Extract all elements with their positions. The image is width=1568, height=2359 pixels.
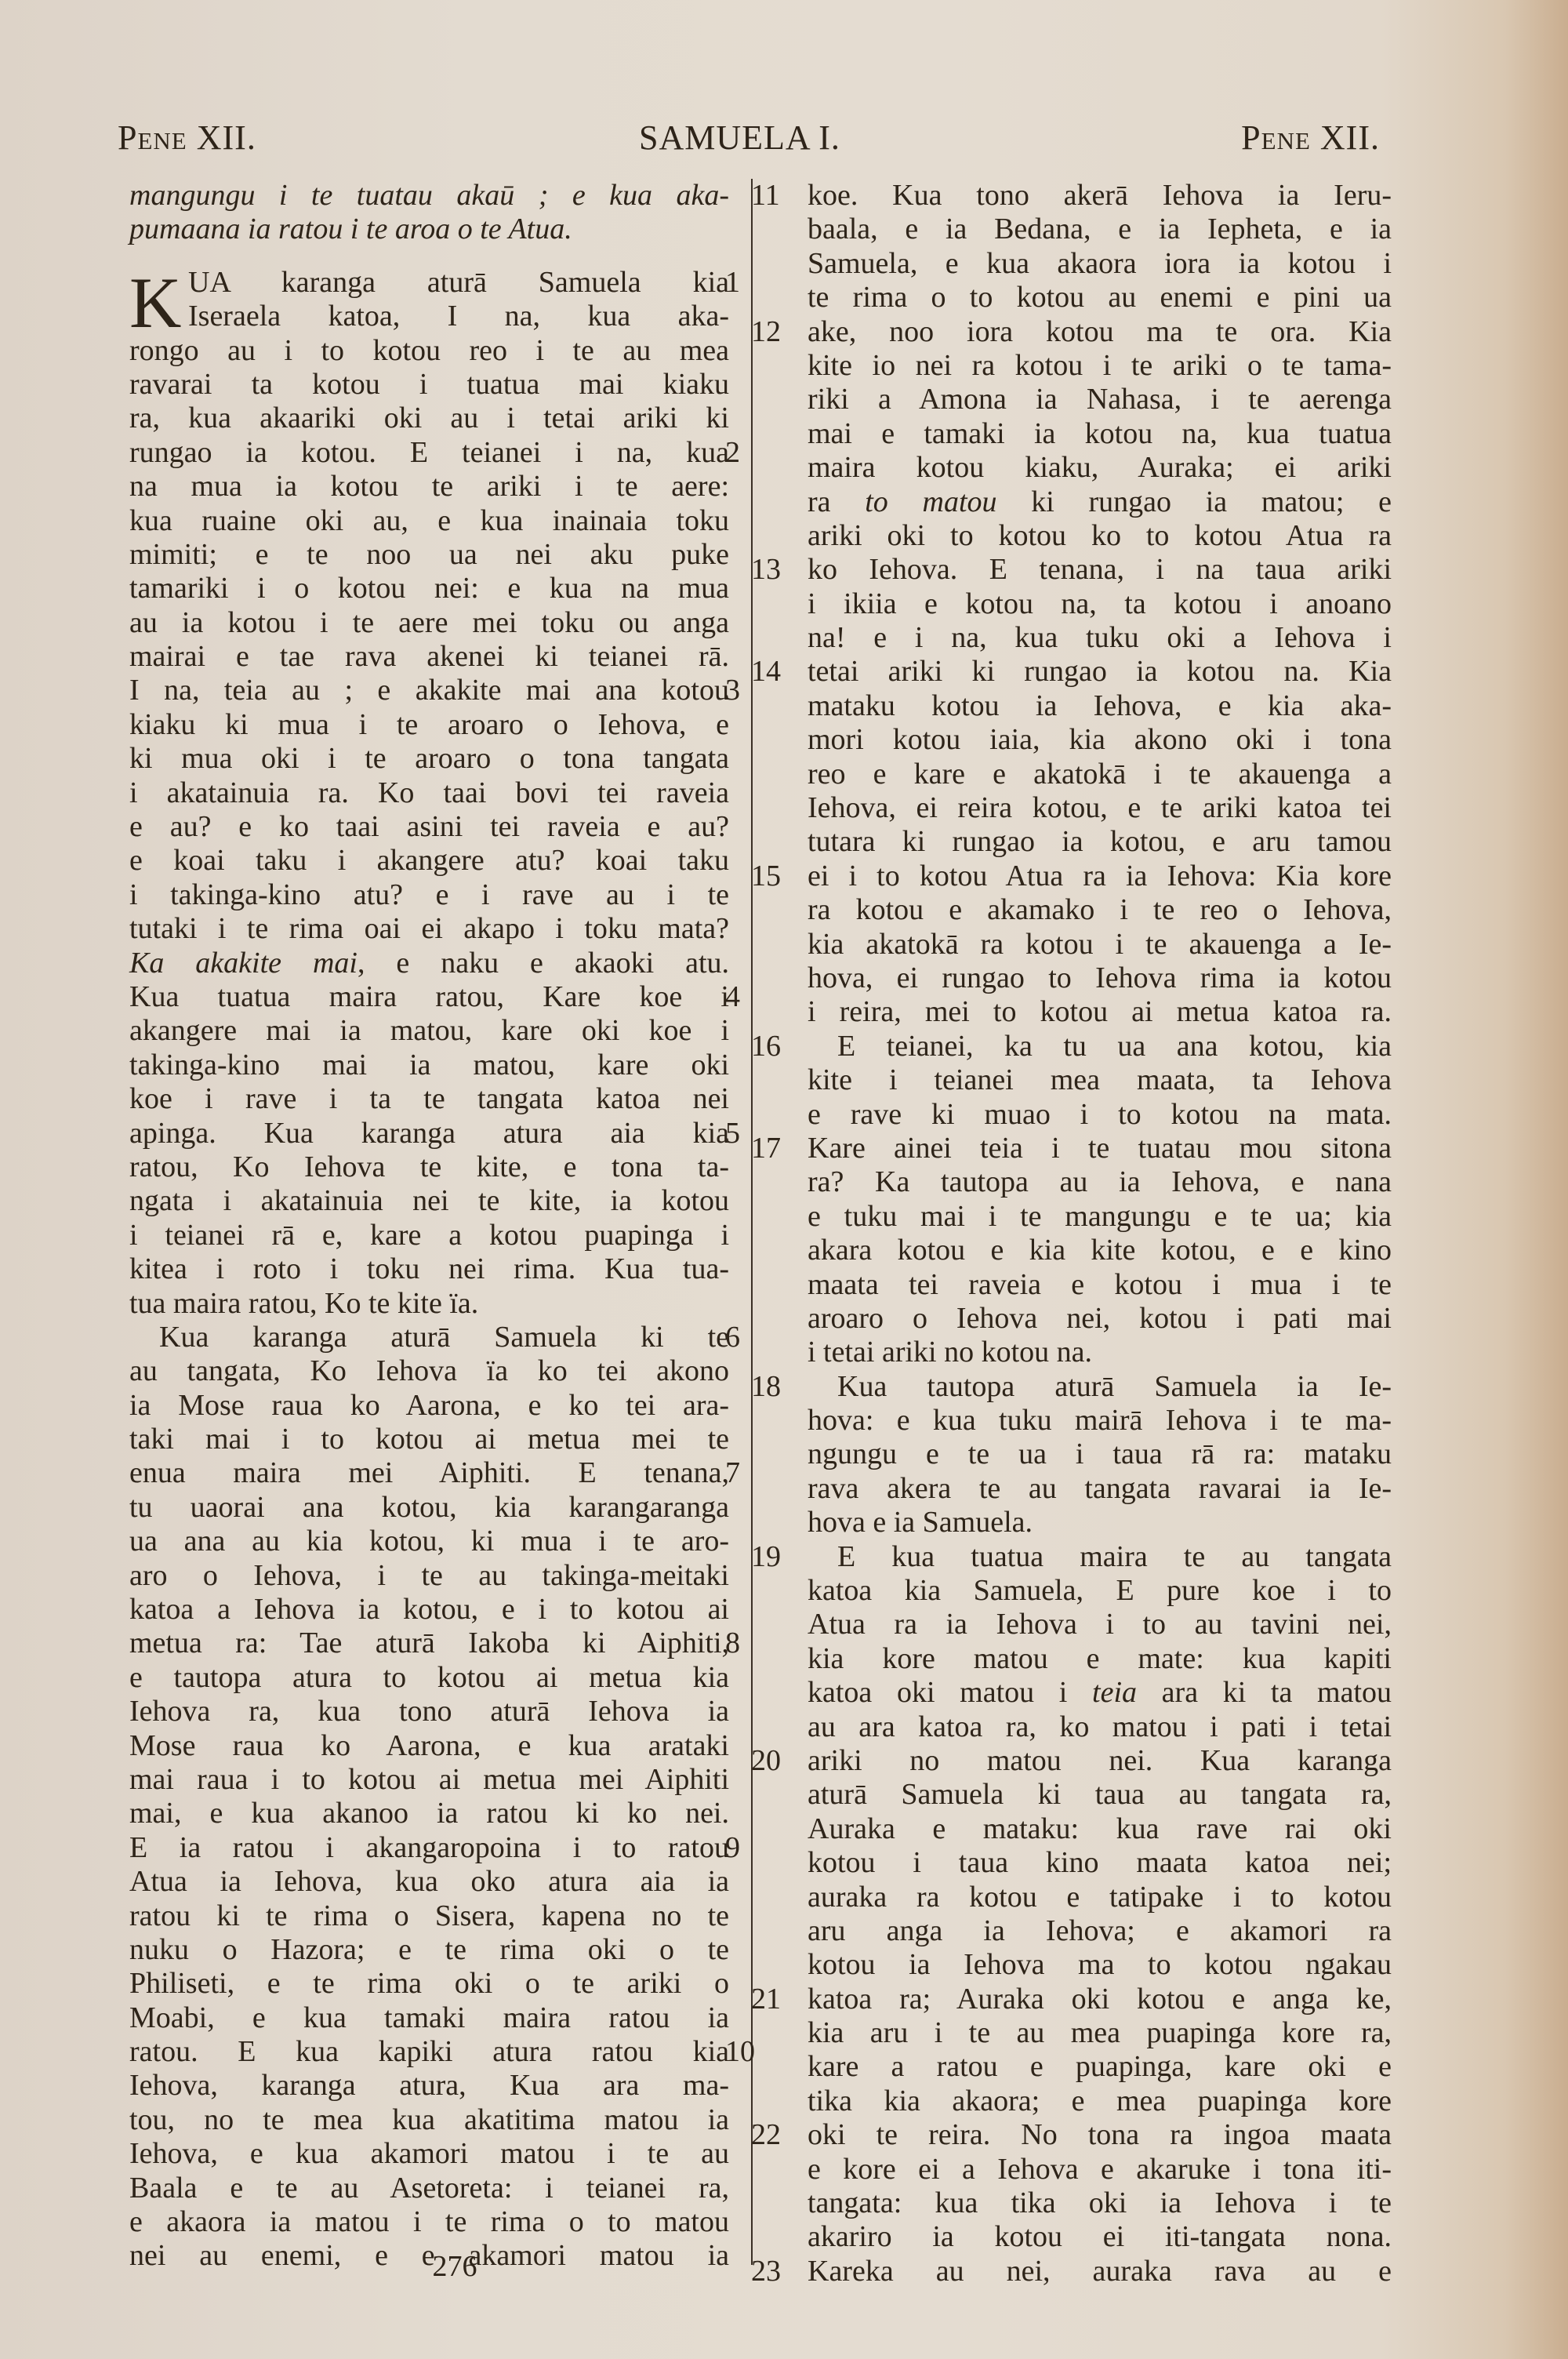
text-segment: kua ruaine oki au, e kua inainaia toku [129,504,729,537]
text-segment: kotou i taua kino maata katoa nei; [808,1846,1392,1879]
text-line: ra to matou ki rungao ia matou; e [808,485,1392,519]
text-segment: i reira, mei to kotou ai metua katoa ra. [808,995,1392,1028]
text-line: akariro ia kotou ei iti-tangata nona. [808,2220,1392,2254]
text-segment: ra, kua akaariki oki au i tetai ariki ki [129,402,729,434]
text-segment: tua maira ratou, Ko te kite ïa. [129,1287,478,1320]
text-line: ki mua oki i te aroaro o tona tangata [129,742,729,776]
text-segment: kare a ratou e puapinga, kare oki e [808,2050,1392,2083]
text-line: E kua tuatua maira te au tangata19 [808,1540,1392,1574]
text-line: ei i to kotou Atua ra ia Iehova: Kia kor… [808,860,1392,893]
text-line: kotou ia Iehova ma to kotou ngakau [808,1948,1392,1982]
spacer [129,247,729,266]
text-segment: Baala e te au Asetoreta: i teianei ra, [129,2172,729,2205]
text-line: I na, teia au ; e akakite mai ana kotou3 [129,674,729,707]
text-line: e au? e ko taai asini tei raveia e au? [129,810,729,844]
text-segment: ratou ki te rima o Sisera, kapena no te [129,1899,729,1932]
text-segment: tou, no te mea kua akatitima matou ia [129,2103,729,2136]
text-segment: mori kotou iaia, kia akono oki i tona [808,723,1392,756]
text-line: tamariki i o kotou nei: e kua na mua [129,572,729,605]
text-segment: rongo au i to kotou reo i te au mea [129,334,729,367]
text-line: te rima o to kotou au enemi e pini ua [808,281,1392,314]
text-line: E ia ratou i akangaropoina i to ratou9 [129,1831,729,1865]
text-line: kia akatokā ra kotou i te akauenga a Ie- [808,928,1392,961]
text-segment: koe. Kua tono akerā Iehova ia Ieru- [808,179,1392,212]
text-segment: tetai ariki ki rungao ia kotou na. Kia [808,655,1392,688]
text-line: ra kotou e akamako i te reo o Iehova, [808,893,1392,927]
text-segment: mai raua i to kotou ai metua mei Aiphiti [129,1763,729,1796]
text-segment: , e naku e akaoki atu. [358,947,729,980]
text-segment: E kua tuatua maira te au tangata [837,1540,1392,1573]
text-segment: ratou, Ko Iehova te kite, e tona ta- [129,1150,729,1183]
text-segment: i tetai ariki no kotou na. [808,1336,1092,1369]
text-line: ra, kua akaariki oki au i tetai ariki ki [129,402,729,435]
text-line: mori kotou iaia, kia akono oki i tona [808,723,1392,757]
text-line: mai raua i to kotou ai metua mei Aiphiti [129,1763,729,1797]
text-segment: Moabi, e kua tamaki maira ratou ia [129,2001,729,2034]
text-segment: rava akera te au tangata ravarai ia Ie- [808,1472,1392,1505]
text-segment: enua maira mei Aiphiti. E tenana, [129,1456,729,1489]
verse-number: 11 [751,179,798,213]
text-line: ratou, Ko Iehova te kite, e tona ta- [129,1150,729,1184]
text-segment: riki a Amona ia Nahasa, i te aerenga [808,383,1392,416]
text-line: Kua tuatua maira ratou, Kare koe i4 [129,980,729,1014]
verse-number: 13 [751,553,798,587]
text-line: hova e ia Samuela. [808,1506,1392,1539]
text-segment: aro o Iehova, i te au takinga-meitaki [129,1559,729,1592]
text-line: akara kotou e kia kite kotou, e e kino [808,1234,1392,1267]
text-segment: nuku o Hazora; e te rima oki o te [129,1933,729,1966]
italic-text: teia [1092,1676,1137,1709]
text-segment: Iehova ra, kua tono aturā Iehova ia [129,1695,729,1728]
text-segment: apinga. Kua karanga atura aia kia [129,1117,729,1150]
text-line: Kua karanga aturā Samuela ki te6 [129,1321,729,1354]
text-segment: kia aru i te au mea puapinga kore ra, [808,2016,1392,2049]
text-segment: i ikiia e kotou na, ta kotou i anoano [808,587,1392,620]
text-segment: e rave ki muao i to kotou na mata. [808,1098,1392,1131]
text-line: rungao ia kotou. E teianei i na, kua2 [129,436,729,470]
text-segment: auraka ra kotou e tatipake i to kotou [808,1881,1392,1914]
text-segment: ia Mose raua ko Aarona, e ko tei ara- [129,1389,729,1422]
text-segment: Philiseti, e te rima oki o te ariki o [129,1967,729,2000]
text-segment: Atua ia Iehova, kua oko atura aia ia [129,1865,729,1898]
text-line: e tuku mai i te mangungu e te ua; kia [808,1200,1392,1234]
text-segment: ara ki ta matou [1137,1676,1392,1709]
text-segment: katoa kia Samuela, E pure koe i to [808,1574,1392,1607]
text-segment: Iehova, karanga atura, Kua ara ma- [129,2069,729,2102]
text-line: tutaki i te rima oai ei akapo i toku mat… [129,912,729,946]
text-line: taki mai i to kotou ai metua mei te [129,1423,729,1456]
text-segment: Iehova, e kua akamori matou i te au [129,2137,729,2170]
text-line: metua ra: Tae aturā Iakoba ki Aiphiti,8 [129,1627,729,1660]
text-line: e koai taku i akangere atu? koai taku [129,844,729,878]
text-segment: ei i to kotou Atua ra ia Iehova: Kia kor… [808,860,1392,892]
text-line: i takinga-kino atu? e i rave au i te [129,878,729,912]
text-segment: na! e i na, kua tuku oki a Iehova i [808,621,1392,654]
text-line: i reira, mei to kotou ai metua katoa ra. [808,995,1392,1029]
text-line: Ka akakite mai, e naku e akaoki atu. [129,947,729,980]
text-segment: hova: e kua tuku mairā Iehova i te ma- [808,1404,1392,1437]
text-segment: Atua ra ia Iehova i to au tavini nei, [808,1608,1392,1641]
book-title: SAMUELA I. [639,118,840,158]
text-line: Atua ra ia Iehova i to au tavini nei, [808,1608,1392,1641]
text-segment: reo e kare e akatokā i te akauenga a [808,758,1392,791]
text-segment: e tuku mai i te mangungu e te ua; kia [808,1200,1392,1233]
text-line: Kua tautopa aturā Samuela ia Ie-18 [808,1370,1392,1404]
text-line: Mose raua ko Aarona, e kua arataki [129,1729,729,1763]
text-segment: tu uaorai ana kotou, kia karangaranga [129,1491,729,1524]
text-segment: i takinga-kino atu? e i rave au i te [129,878,729,911]
text-line: E teianei, ka tu ua ana kotou, kia16 [808,1030,1392,1063]
verse-number: 23 [751,2255,798,2288]
text-line: ua ana au kia kotou, ki mua i te aro- [129,1525,729,1558]
text-line: katoa a Iehova ia kotou, e i to kotou ai [129,1593,729,1627]
text-segment: ravarai ta kotou i tuatua mai kiaku [129,368,729,401]
text-line: Iehova, e kua akamori matou i te au [129,2137,729,2171]
text-segment: kitea i roto i toku nei rima. Kua tua- [129,1252,729,1285]
text-line: koe i rave i ta te tangata katoa nei [129,1082,729,1116]
text-segment: hova e ia Samuela. [808,1506,1033,1539]
text-segment: Kare ainei teia i te tuatau mou sitona [808,1132,1392,1165]
text-line: e akaora ia matou i te rima o to matou [129,2205,729,2239]
text-line: enua maira mei Aiphiti. E tenana,7 [129,1456,729,1490]
text-segment: tamariki i o kotou nei: e kua na mua [129,572,729,605]
italic-text: Ka akakite mai [129,947,358,980]
text-line: baala, e ia Bedana, e ia Iepheta, e ia [808,213,1392,246]
text-line: kia kore matou e mate: kua kapiti [808,1642,1392,1676]
text-segment: mataku kotou ia Iehova, e kia aka- [808,689,1392,722]
verse-number: 14 [751,655,798,689]
text-line: au ara katoa ra, ko matou i pati i tetai [808,1710,1392,1744]
text-segment: I na, teia au ; e akakite mai ana kotou [129,674,729,707]
text-segment: ra [808,485,865,518]
verse-number: 15 [751,860,798,893]
text-segment: kotou ia Iehova ma to kotou ngakau [808,1948,1392,1981]
text-segment: aroaro o Iehova nei, kotou i pati mai [808,1302,1392,1335]
verse-number: 20 [751,1744,798,1778]
column-divider [751,179,753,2265]
text-segment: Mose raua ko Aarona, e kua arataki [129,1729,729,1762]
text-segment: rungao ia kotou. E teianei i na, kua [129,436,729,469]
text-segment: ariki no matou nei. Kua karanga [808,1744,1392,1777]
verse-number: 21 [751,1983,798,2016]
text-segment: te rima o to kotou au enemi e pini ua [808,281,1392,314]
text-line: mairai e tae rava akenei ki teianei rā. [129,640,729,674]
verse-number: 16 [751,1030,798,1063]
text-segment: taki mai i to kotou ai metua mei te [129,1423,729,1456]
text-line: tua maira ratou, Ko te kite ïa. [129,1287,729,1321]
text-line: rongo au i to kotou reo i te au mea [129,334,729,368]
text-segment: akara kotou e kia kite kotou, e e kino [808,1234,1392,1267]
text-line: tou, no te mea kua akatitima matou ia [129,2103,729,2137]
verse-number: 19 [751,1540,798,1574]
text-line: ariki oki to kotou ko to kotou Atua ra [808,519,1392,553]
text-segment: kia akatokā ra kotou i te akauenga a Ie- [808,928,1392,961]
text-line: akangere mai ia matou, kare oki koe i [129,1014,729,1048]
text-line: ake, noo iora kotou ma te ora. Kia12 [808,315,1392,349]
text-line: kite i teianei mea maata, ta Iehova [808,1063,1392,1097]
left-column: mangungu i te tuatau akaū ; e kua aka- p… [129,179,729,2274]
text-line: na mua ia kotou te ariki i te aere: [129,470,729,503]
text-line: Iehova, karanga atura, Kua ara ma- [129,2069,729,2103]
text-segment: Iehova, ei reira kotou, e te ariki katoa… [808,791,1392,824]
text-line: mai e tamaki ia kotou na, kua tuatua [808,417,1392,451]
text-segment: ngata i akatainuia nei te kite, ia kotou [129,1184,729,1217]
text-line: reo e kare e akatokā i te akauenga a [808,758,1392,791]
text-line: mai, e kua akanoo ia ratou ki ko nei. [129,1797,729,1830]
text-line: ratou. E kua kapiki atura ratou kia10 [129,2035,729,2069]
left-text-lines: KUA karanga aturā Samuela kia1Iseraela k… [129,266,729,2274]
text-line: ko Iehova. E tenana, i na taua ariki13 [808,553,1392,587]
text-line: aturā Samuela ki taua au tangata ra, [808,1778,1392,1812]
text-line: e rave ki muao i to kotou na mata. [808,1098,1392,1132]
text-segment: kite i teianei mea maata, ta Iehova [808,1063,1392,1096]
text-line: maira kotou kiaku, Auraka; ei ariki [808,451,1392,485]
text-line: i teianei rā e, kare a kotou puapinga i [129,1219,729,1252]
text-segment: takinga-kino mai ia matou, kare oki [129,1049,729,1081]
text-segment: hova, ei rungao to Iehova rima ia kotou [808,961,1392,994]
text-line: maata tei raveia e kotou i mua i te [808,1268,1392,1302]
text-segment: aru anga ia Iehova; e akamori ra [808,1914,1392,1947]
text-line: apinga. Kua karanga atura aia kia5 [129,1117,729,1150]
verse-number: 2 [725,436,772,470]
text-segment: e au? e ko taai asini tei raveia e au? [129,810,729,843]
verse-number: 18 [751,1370,798,1404]
text-segment: maata tei raveia e kotou i mua i te [808,1268,1392,1301]
text-line: e tautopa atura to kotou ai metua kia [129,1661,729,1695]
text-line: i tetai ariki no kotou na. [808,1336,1392,1369]
text-segment: E ia ratou i akangaropoina i to ratou [129,1831,729,1864]
text-line: riki a Amona ia Nahasa, i te aerenga [808,383,1392,416]
text-line: koe. Kua tono akerā Iehova ia Ieru-11 [808,179,1392,213]
text-segment: E teianei, ka tu ua ana kotou, kia [837,1030,1392,1063]
text-segment: Iseraela katoa, I na, kua aka- [188,300,729,333]
text-line: ra? Ka tautopa au ia Iehova, e nana [808,1165,1392,1199]
text-segment: koe i rave i ta te tangata katoa nei [129,1082,729,1115]
text-segment: tangata: kua tika oki ia Iehova i te [808,2186,1392,2219]
text-segment: mimiti; e te noo ua nei aku puke [129,538,729,571]
text-line: KUA karanga aturā Samuela kia1 [129,266,729,300]
text-segment: mai e tamaki ia kotou na, kua tuatua [808,417,1392,450]
text-line: ariki no matou nei. Kua karanga20 [808,1744,1392,1778]
italic-text: to matou [865,485,996,518]
text-segment: tutara ki rungao ia kotou, e aru tamou [808,825,1392,858]
text-line: au tangata, Ko Iehova ïa ko tei akono [129,1354,729,1388]
text-line: mataku kotou ia Iehova, e kia aka- [808,689,1392,723]
text-line: ravarai ta kotou i tuatua mai kiaku [129,368,729,402]
text-segment: e tautopa atura to kotou ai metua kia [129,1661,729,1694]
text-line: kotou i taua kino maata katoa nei; [808,1846,1392,1880]
text-segment: au tangata, Ko Iehova ïa ko tei akono [129,1354,729,1387]
text-line: Iseraela katoa, I na, kua aka- [129,300,729,333]
verse-number: 6 [725,1321,772,1354]
text-line: ngata i akatainuia nei te kite, ia kotou [129,1184,729,1218]
text-segment: ki rungao ia matou; e [997,485,1392,518]
text-line: Iehova ra, kua tono aturā Iehova ia [129,1695,729,1728]
text-line: na! e i na, kua tuku oki a Iehova i [808,621,1392,655]
text-segment: Kareka au nei, auraka rava au e [808,2255,1392,2288]
text-segment: baala, e ia Bedana, e ia Iepheta, e ia [808,213,1392,245]
text-line: kitea i roto i toku nei rima. Kua tua- [129,1252,729,1286]
text-segment: Kua tuatua maira ratou, Kare koe i [129,980,729,1013]
text-line: Kare ainei teia i te tuatau mou sitona17 [808,1132,1392,1165]
right-column: koe. Kua tono akerā Iehova ia Ieru-11baa… [808,179,1392,2288]
text-line: kua ruaine oki au, e kua inainaia toku [129,504,729,538]
chapter-summary-line: mangungu i te tuatau akaū ; e kua aka- [129,179,729,213]
text-segment: e kore ei a Iehova e akaruke i tona iti- [808,2153,1392,2186]
text-line: katoa ra; Auraka oki kotou e anga ke,21 [808,1983,1392,2016]
text-line: auraka ra kotou e tatipake i to kotou [808,1881,1392,1914]
text-line: Atua ia Iehova, kua oko atura aia ia [129,1865,729,1899]
text-line: tangata: kua tika oki ia Iehova i te [808,2186,1392,2220]
text-segment: ko Iehova. E tenana, i na taua ariki [808,553,1392,586]
text-segment: ake, noo iora kotou ma te ora. Kia [808,315,1392,348]
text-line: mimiti; e te noo ua nei aku puke [129,538,729,572]
text-segment: UA karanga aturā Samuela kia [188,266,729,299]
text-segment: i teianei rā e, kare a kotou puapinga i [129,1219,729,1252]
verse-number: 17 [751,1132,798,1165]
text-line: ia Mose raua ko Aarona, e ko tei ara- [129,1389,729,1423]
text-line: e kore ei a Iehova e akaruke i tona iti- [808,2153,1392,2186]
text-segment: ua ana au kia kotou, ki mua i te aro- [129,1525,729,1558]
text-line: i ikiia e kotou na, ta kotou i anoano [808,587,1392,621]
text-line: kare a ratou e puapinga, kare oki e [808,2050,1392,2084]
text-line: tutara ki rungao ia kotou, e aru tamou [808,825,1392,859]
text-line: au ia kotou i te aere mei toku ou anga [129,606,729,640]
text-line: kiaku ki mua i te aroaro o Iehova, e [129,708,729,742]
text-line: Auraka e mataku: kua rave rai oki [808,1812,1392,1846]
text-line: tu uaorai ana kotou, kia karangaranga [129,1491,729,1525]
text-line: hova, ei rungao to Iehova rima ia kotou [808,961,1392,995]
text-segment: tika kia akaora; e mea puapinga kore [808,2085,1392,2117]
text-line: Philiseti, e te rima oki o te ariki o [129,1967,729,2001]
text-line: rava akera te au tangata ravarai ia Ie- [808,1472,1392,1506]
text-line: ngungu e te ua i taua rā ra: mataku [808,1438,1392,1471]
text-line: katoa kia Samuela, E pure koe i to [808,1574,1392,1608]
text-line: Iehova, ei reira kotou, e te ariki katoa… [808,791,1392,825]
text-line: ratou ki te rima o Sisera, kapena no te [129,1899,729,1933]
text-segment: aturā Samuela ki taua au tangata ra, [808,1778,1392,1811]
text-segment: katoa oki matou i [808,1676,1092,1709]
text-line: tetai ariki ki rungao ia kotou na. Kia14 [808,655,1392,689]
right-text-lines: koe. Kua tono akerā Iehova ia Ieru-11baa… [808,179,1392,2288]
text-line: kia aru i te au mea puapinga kore ra, [808,2016,1392,2050]
text-segment: akangere mai ia matou, kare oki koe i [129,1014,729,1047]
verse-number: 4 [725,980,772,1014]
text-line: aroaro o Iehova nei, kotou i pati mai [808,1302,1392,1336]
text-segment: katoa ra; Auraka oki kotou e anga ke, [808,1983,1392,2016]
text-segment: Kua tautopa aturā Samuela ia Ie- [837,1370,1392,1403]
text-segment: ratou. E kua kapiki atura ratou kia [129,2035,729,2068]
text-line: takinga-kino mai ia matou, kare oki [129,1049,729,1082]
text-line: katoa oki matou i teia ara ki ta matou [808,1676,1392,1710]
text-line: Baala e te au Asetoreta: i teianei ra, [129,2172,729,2205]
text-segment: mairai e tae rava akenei ki teianei rā. [129,640,729,673]
text-segment: e koai taku i akangere atu? koai taku [129,844,729,877]
text-line: i akatainuia ra. Ko taai bovi tei raveia [129,776,729,810]
text-segment: maira kotou kiaku, Auraka; ei ariki [808,451,1392,484]
verse-number: 12 [751,315,798,349]
text-segment: kiaku ki mua i te aroaro o Iehova, e [129,708,729,741]
text-segment: Samuela, e kua akaora iora ia kotou i [808,247,1392,280]
text-segment: i akatainuia ra. Ko taai bovi tei raveia [129,776,729,809]
text-line: kite io nei ra kotou i te ariki o te tam… [808,349,1392,383]
verse-number: 7 [725,1456,772,1490]
text-line: hova: e kua tuku mairā Iehova i te ma- [808,1404,1392,1438]
chapter-label-right: Pene XII. [1241,118,1380,158]
text-line: nuku o Hazora; e te rima oki o te [129,1933,729,1967]
text-line: aru anga ia Iehova; e akamori ra [808,1914,1392,1948]
text-segment: metua ra: Tae aturā Iakoba ki Aiphiti, [129,1627,729,1659]
text-segment: au ia kotou i te aere mei toku ou anga [129,606,729,639]
text-segment: akariro ia kotou ei iti-tangata nona. [808,2220,1392,2253]
text-segment: katoa a Iehova ia kotou, e i to kotou ai [129,1593,729,1626]
text-segment: Auraka e mataku: kua rave rai oki [808,1812,1392,1845]
text-segment: ariki oki to kotou ko to kotou Atua ra [808,519,1392,552]
page-number: 276 [408,2249,502,2284]
text-segment: ki mua oki i te aroaro o tona tangata [129,742,729,775]
text-line: Samuela, e kua akaora iora ia kotou i [808,247,1392,281]
verse-number: 10 [725,2035,772,2069]
chapter-label-left: Pene XII. [118,118,256,158]
text-segment: ra? Ka tautopa au ia Iehova, e nana [808,1165,1392,1198]
text-segment: ra kotou e akamako i te reo o Iehova, [808,893,1392,926]
text-segment: mai, e kua akanoo ia ratou ki ko nei. [129,1797,729,1830]
text-segment: kite io nei ra kotou i te ariki o te tam… [808,349,1392,382]
text-line: tika kia akaora; e mea puapinga kore [808,2085,1392,2118]
text-segment: e akaora ia matou i te rima o to matou [129,2205,729,2238]
text-segment: na mua ia kotou te ariki i te aere: [129,470,729,503]
text-segment: ngungu e te ua i taua rā ra: mataku [808,1438,1392,1470]
verse-number: 9 [725,1831,772,1865]
chapter-summary-line: pumaana ia ratou i te aroa o te Atua. [129,213,729,246]
text-segment: kia kore matou e mate: kua kapiti [808,1642,1392,1675]
text-segment: tutaki i te rima oai ei akapo i toku mat… [129,912,729,945]
text-line: Moabi, e kua tamaki maira ratou ia [129,2001,729,2035]
verse-number: 22 [751,2118,798,2152]
text-line: Kareka au nei, auraka rava au e23 [808,2255,1392,2288]
text-segment: Kua karanga aturā Samuela ki te [159,1321,729,1354]
running-head: Pene XII. SAMUELA I. Pene XII. [0,118,1568,165]
verse-number: 8 [725,1627,772,1660]
text-line: aro o Iehova, i te au takinga-meitaki [129,1559,729,1593]
verse-number: 1 [725,266,772,300]
text-line: oki te reira. No tona ra ingoa maata22 [808,2118,1392,2152]
text-segment: oki te reira. No tona ra ingoa maata [808,2118,1392,2151]
text-segment: au ara katoa ra, ko matou i pati i tetai [808,1710,1392,1743]
